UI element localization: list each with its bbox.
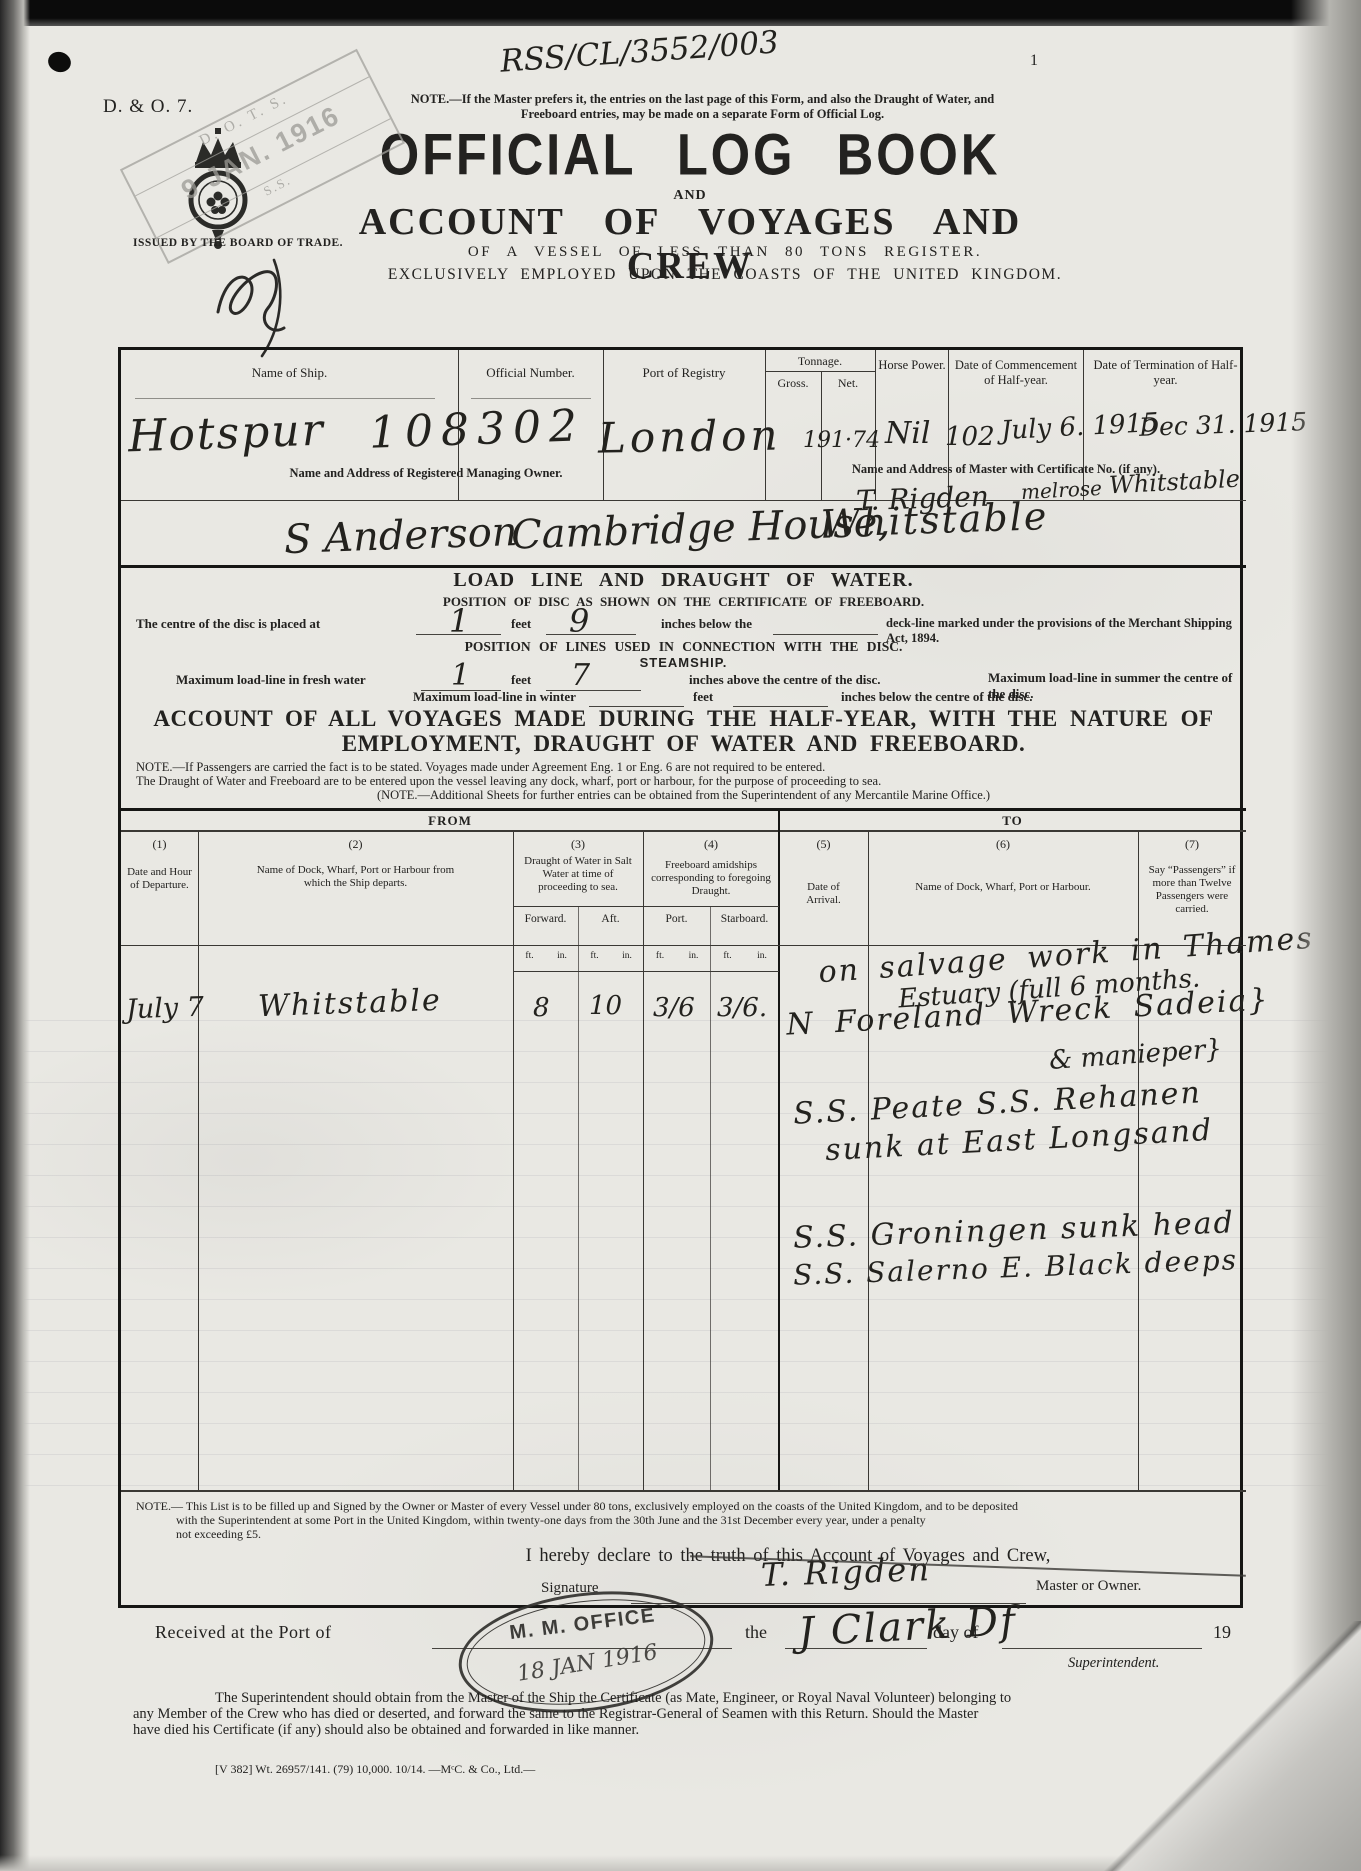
entry-arrival2: & manieper}: [1048, 1034, 1223, 1076]
sub-divider: [578, 906, 579, 1490]
disc-sentence-mid: inches below the: [661, 616, 752, 632]
divider: [121, 830, 1246, 832]
col-port-of-registry: Port of Registry: [603, 365, 765, 381]
instruction-line1: The Superintendent should obtain from th…: [215, 1690, 1011, 1707]
col-official-number: Official Number.: [458, 365, 603, 381]
blank-line: [546, 634, 636, 635]
divider: [875, 350, 876, 500]
owner-label: Name and Address of Registered Managing …: [181, 466, 671, 481]
declaration-note2: with the Superintendent at some Port in …: [176, 1513, 926, 1528]
page-title: OFFICIAL LOG BOOK: [305, 122, 1076, 189]
col-horse-power: Horse Power.: [878, 358, 946, 373]
position-of-lines-line: POSITION OF LINES USED IN CONNECTION WIT…: [121, 639, 1246, 655]
steamship-label: STEAMSHIP.: [121, 655, 1246, 670]
col5-title: Date of Arrival.: [789, 881, 858, 907]
voyages-heading2: EMPLOYMENT, DRAUGHT OF WATER AND FREEBOA…: [121, 731, 1246, 757]
official-log-book-scan: RSS/CL/3552/003 1 D. & O. 7. NOTE.—If th…: [0, 0, 1361, 1871]
col3-sub-aft: Aft.: [578, 913, 643, 925]
handwritten-initials-flourish: [208, 246, 328, 361]
disc-feet-value: 1: [449, 602, 469, 640]
divider: [643, 830, 644, 1490]
value-name-of-ship: Hotspur: [127, 405, 325, 463]
col1-title: Date and Hour of Departure.: [123, 866, 196, 892]
divider: [1138, 830, 1139, 1490]
scan-edge-top: [0, 0, 1361, 26]
table-top-border: [121, 808, 1246, 811]
fresh-inches-value: 7: [571, 658, 590, 693]
disc-sentence-prefix: The centre of the disc is placed at: [136, 616, 320, 632]
page-number: 1: [1030, 52, 1038, 70]
blank-line: [773, 634, 878, 635]
to-label: TO: [779, 813, 1246, 829]
feet-label: feet: [511, 616, 531, 632]
divider: [765, 371, 875, 372]
unit-in: in.: [546, 951, 578, 961]
master-address2-handwriting: Whitstable: [1108, 465, 1240, 500]
load-line-title: LOAD LINE AND DRAUGHT OF WATER.: [121, 569, 1246, 592]
entry-departure-port: Whitstable: [257, 983, 442, 1024]
value-port-of-registry: London: [598, 410, 782, 462]
instruction-line3: have died his Certificate (if any) shoul…: [133, 1722, 639, 1739]
col4-title: Freeboard amidships corresponding to for…: [649, 859, 773, 898]
unit-ft: ft.: [513, 951, 546, 961]
capacity-label: Master or Owner.: [1036, 1578, 1141, 1595]
voyages-note2: The Draught of Water and Freeboard are t…: [136, 774, 881, 789]
entry-departure-date: July 7: [125, 992, 204, 1026]
value-net-tonnage: Nil: [885, 416, 930, 451]
fresh-water-suffix: inches above the centre of the disc.: [689, 672, 880, 688]
col6-num: (6): [868, 837, 1138, 852]
col2-num: (2): [198, 837, 513, 852]
header-note: NOTE.—If the Master prefers it, the entr…: [345, 92, 1060, 122]
position-of-disc-line: POSITION OF DISC AS SHOWN ON THE CERTIFI…: [121, 594, 1246, 610]
disc-inches-value: 9: [569, 602, 589, 640]
entry-freeboard-starboard: 3/6.: [717, 993, 767, 1023]
owner-address2-handwriting: Whitstable: [820, 494, 1049, 546]
fresh-feet-label: feet: [511, 672, 531, 688]
sub-divider: [710, 906, 711, 1490]
col-termination: Date of Termination of Half-year.: [1093, 358, 1238, 388]
section-divider: [121, 565, 1246, 568]
unit-in: in.: [677, 951, 710, 961]
header-note-line1: NOTE.—If the Master prefers it, the entr…: [345, 92, 1060, 107]
unit-ft: ft.: [643, 951, 677, 961]
form-code: D. & O. 7.: [103, 96, 193, 118]
col7-title: Say “Passengers” if more than Twelve Pas…: [1142, 864, 1242, 916]
col5-num: (5): [779, 837, 868, 852]
declaration-note1: NOTE.— This List is to be filled up and …: [136, 1499, 1018, 1514]
col3-num: (3): [513, 837, 643, 852]
value-horse-power: 102: [945, 422, 995, 452]
scan-edge-left: [0, 0, 30, 1871]
col-commencement: Date of Commencement of Half-year.: [953, 358, 1079, 388]
winter-feet-label: feet: [693, 689, 713, 705]
page-corner-fold: [1051, 1621, 1361, 1871]
col4-sub-starboard: Starboard.: [710, 913, 779, 925]
descriptor-line2: EXCLUSIVELY EMPLOYED UPON THE COASTS OF …: [330, 266, 1120, 284]
unit-in: in.: [611, 951, 643, 961]
winter-prefix: Maximum load-line in winter: [413, 689, 576, 705]
printer-imprint: [V 382] Wt. 26957/141. (79) 10,000. 10/1…: [215, 1762, 535, 1777]
unit-in: in.: [745, 951, 779, 961]
col3-sub-forward: Forward.: [513, 913, 578, 925]
value-official-number: 108302: [368, 400, 586, 459]
divider: [513, 971, 779, 972]
header-note-line2: Freeboard entries, may be made on a sepa…: [345, 107, 1060, 122]
signature-handwriting: T. Rigden: [760, 1550, 931, 1594]
col-gross: Gross.: [765, 376, 821, 391]
declaration-note3: not exceeding £5.: [176, 1527, 261, 1542]
col1-num: (1): [121, 837, 198, 852]
scan-edge-right: [1291, 0, 1361, 1871]
col6-title: Name of Dock, Wharf, Port or Harbour.: [913, 881, 1093, 894]
entry-freeboard-port: 3/6: [653, 993, 695, 1023]
winter-suffix: inches below the centre of the disc.: [841, 689, 1032, 705]
from-to-divider: [778, 808, 780, 1490]
voyages-note1: NOTE.—If Passengers are carried the fact…: [136, 760, 825, 775]
voyages-note3: (NOTE.—Additional Sheets for further ent…: [121, 788, 1246, 803]
write-line: [135, 398, 435, 399]
received-the: the: [745, 1622, 767, 1643]
col3-title: Draught of Water in Salt Water at time o…: [519, 855, 637, 894]
form-box: Name of Ship. Official Number. Port of R…: [118, 347, 1243, 1608]
from-label: FROM: [121, 813, 779, 829]
col7-num: (7): [1138, 837, 1246, 852]
table-bottom-border: [121, 1490, 1246, 1492]
col4-sub-port: Port.: [643, 913, 710, 925]
received-prefix: Received at the Port of: [155, 1622, 331, 1643]
entry-draught-aft: 10: [589, 991, 622, 1021]
descriptor-line1: OF A VESSEL OF LESS THAN 80 TONS REGISTE…: [330, 244, 1120, 261]
divider: [198, 830, 199, 1490]
value-commencement: July 6. 1915: [1000, 408, 1159, 446]
fresh-water-prefix: Maximum load-line in fresh water: [176, 672, 366, 688]
fresh-feet-value: 1: [451, 658, 470, 693]
entry-draught-forward: 8: [533, 993, 550, 1023]
voyages-heading1: ACCOUNT OF ALL VOYAGES MADE DURING THE H…: [121, 706, 1246, 732]
unit-ft: ft.: [710, 951, 745, 961]
unit-ft: ft.: [578, 951, 611, 961]
value-gross-tonnage: 191·74: [803, 428, 880, 453]
owner-name-handwriting: S Anderson: [283, 509, 518, 563]
divider: [513, 906, 779, 907]
col2-title: Name of Dock, Wharf, Port or Harbour fro…: [245, 864, 466, 890]
col-tonnage: Tonnage.: [765, 354, 875, 369]
col4-num: (4): [643, 837, 779, 852]
divider: [513, 830, 514, 1490]
col-net: Net.: [821, 376, 875, 391]
write-line: [471, 398, 591, 399]
value-termination: Dec 31. 1915: [1139, 407, 1308, 442]
instruction-line2: any Member of the Crew who has died or d…: [133, 1706, 978, 1723]
col-name-of-ship: Name of Ship.: [121, 365, 458, 381]
